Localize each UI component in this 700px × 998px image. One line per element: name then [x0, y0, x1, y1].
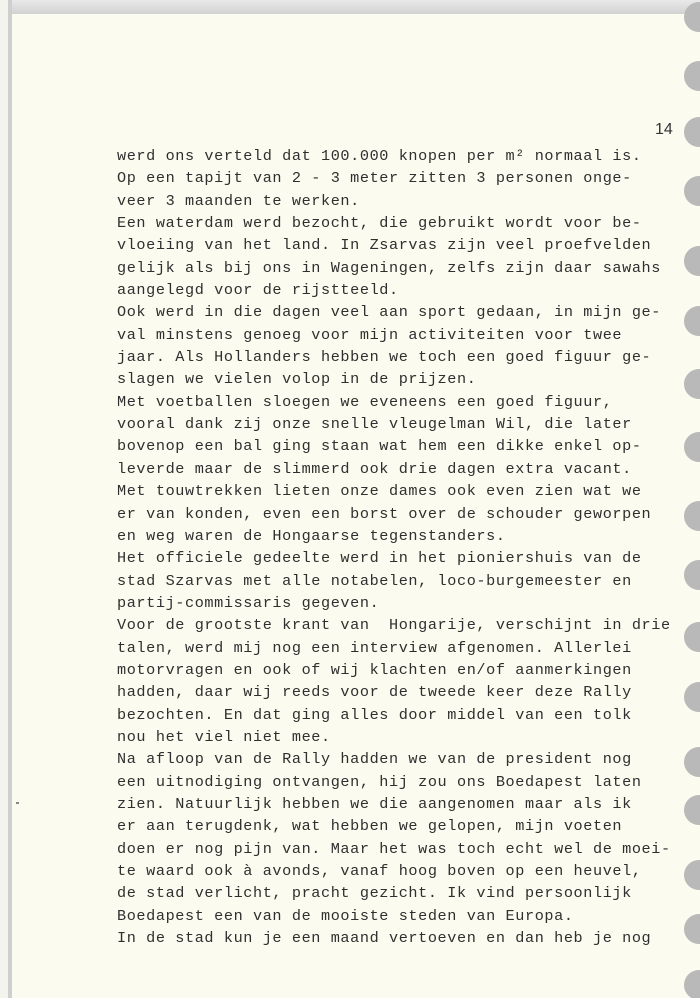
punch-hole-icon [684, 61, 700, 91]
text-line: Een waterdam werd bezocht, die gebruikt … [117, 212, 697, 234]
text-line: aangelegd voor de rijstteeld. [117, 279, 697, 301]
text-line: stad Szarvas met alle notabelen, loco-bu… [117, 570, 697, 592]
punch-hole-icon [684, 117, 700, 147]
text-line: partij-commissaris gegeven. [117, 592, 697, 614]
text-line: Met voetballen sloegen we eveneens een g… [117, 391, 697, 413]
text-line: Boedapest een van de mooiste steden van … [117, 905, 697, 927]
text-line: slagen we vielen volop in de prijzen. [117, 368, 697, 390]
body-text: werd ons verteld dat 100.000 knopen per … [117, 145, 697, 949]
text-line: nou het viel niet mee. [117, 726, 697, 748]
text-line: Voor de grootste krant van Hongarije, ve… [117, 614, 697, 636]
text-line: Het officiele gedeelte werd in het pioni… [117, 547, 697, 569]
text-line: motorvragen en ook of wij klachten en/of… [117, 659, 697, 681]
text-line: een uitnodiging ontvangen, hij zou ons B… [117, 771, 697, 793]
text-line: te waard ook à avonds, vanaf hoog boven … [117, 860, 697, 882]
text-line: In de stad kun je een maand vertoeven en… [117, 927, 697, 949]
text-line: Na afloop van de Rally hadden we van de … [117, 748, 697, 770]
text-line: en weg waren de Hongaarse tegenstanders. [117, 525, 697, 547]
text-line: hadden, daar wij reeds voor de tweede ke… [117, 681, 697, 703]
text-line: gelijk als bij ons in Wageningen, zelfs … [117, 257, 697, 279]
text-line: Met touwtrekken lieten onze dames ook ev… [117, 480, 697, 502]
text-line: werd ons verteld dat 100.000 knopen per … [117, 145, 697, 167]
text-line: vloeiing van het land. In Zsarvas zijn v… [117, 234, 697, 256]
text-line: bovenop een bal ging staan wat hem een d… [117, 435, 697, 457]
text-line: val minstens genoeg voor mijn activiteit… [117, 324, 697, 346]
text-line: vooral dank zij onze snelle vleugelman W… [117, 413, 697, 435]
text-line: Ook werd in die dagen veel aan sport ged… [117, 301, 697, 323]
text-line: zien. Natuurlijk hebben we die aangenome… [117, 793, 697, 815]
text-line: doen er nog pijn van. Maar het was toch … [117, 838, 697, 860]
text-line: er aan terugdenk, wat hebben we gelopen,… [117, 815, 697, 837]
text-line: talen, werd mij nog een interview afgeno… [117, 637, 697, 659]
text-line: er van konden, even een borst over de sc… [117, 503, 697, 525]
text-line: leverde maar de slimmerd ook drie dagen … [117, 458, 697, 480]
text-line: bezochten. En dat ging alles door middel… [117, 704, 697, 726]
stray-ink-mark [16, 802, 19, 804]
text-line: jaar. Als Hollanders hebben we toch een … [117, 346, 697, 368]
text-line: de stad verlicht, pracht gezicht. Ik vin… [117, 882, 697, 904]
punch-hole-icon [684, 970, 700, 998]
page-number: 14 [655, 121, 673, 139]
text-line: veer 3 maanden te werken. [117, 190, 697, 212]
scan-top-edge [12, 0, 700, 14]
text-line: Op een tapijt van 2 - 3 meter zitten 3 p… [117, 167, 697, 189]
